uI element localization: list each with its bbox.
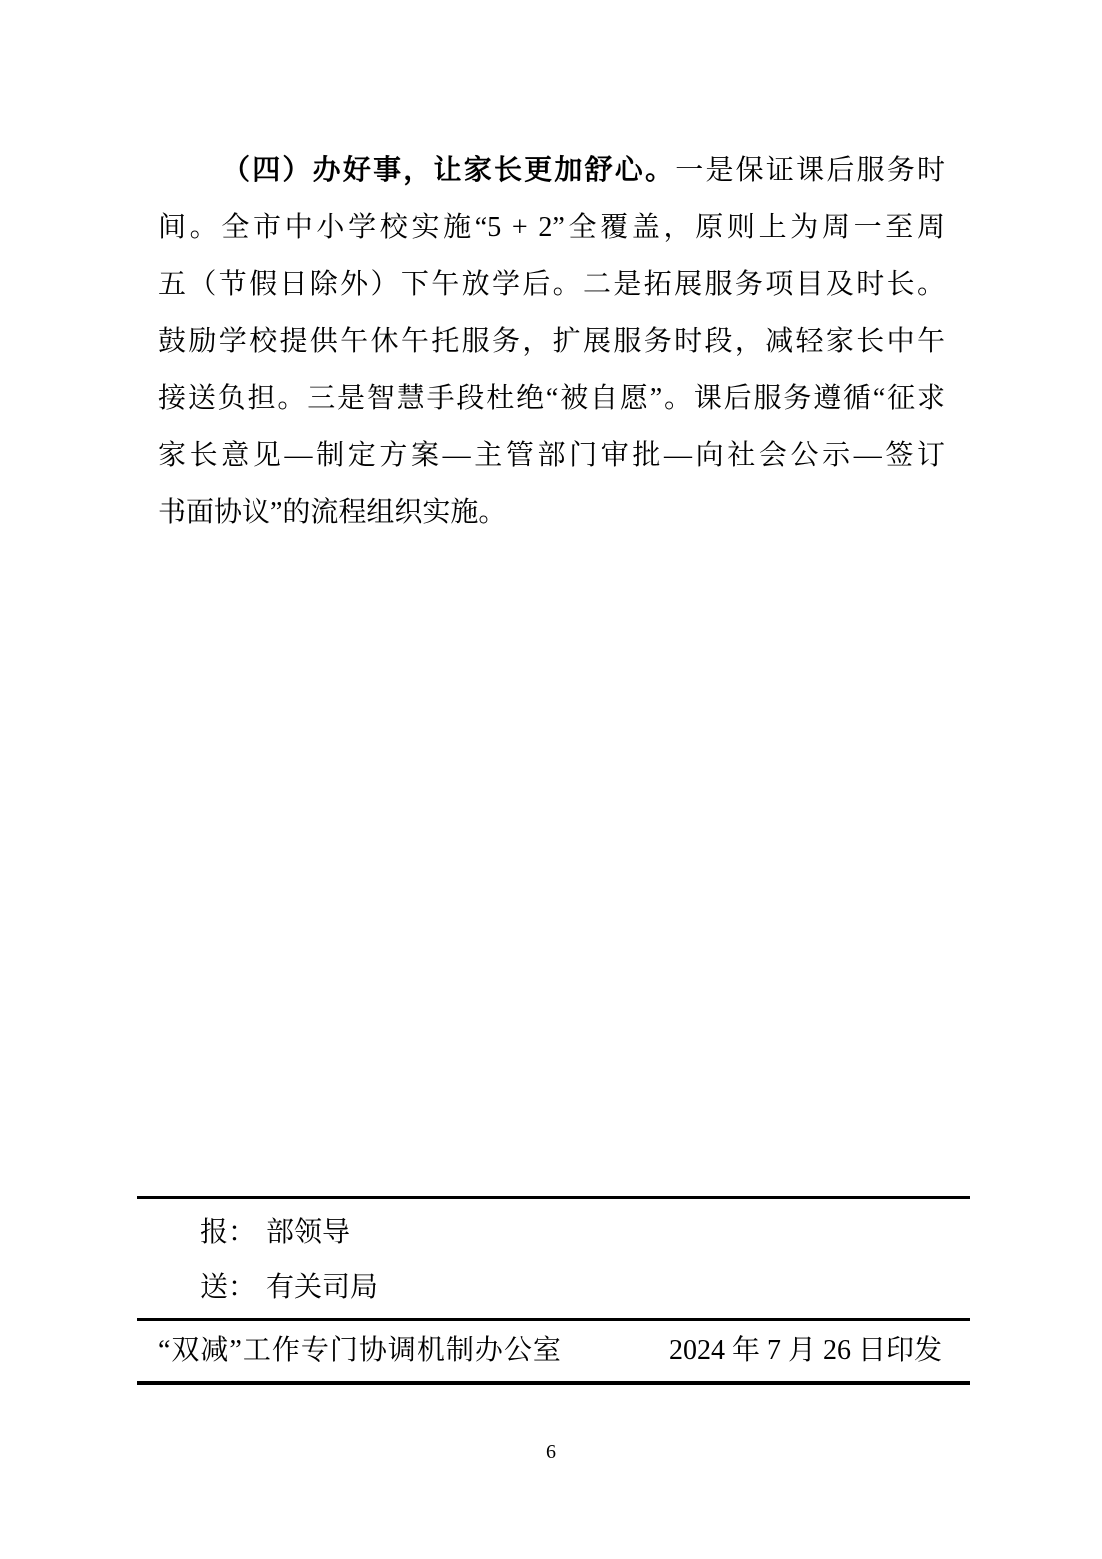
paragraph-line: 家长意见—制定方案—主管部门审批—向社会公示—签订	[158, 427, 945, 484]
document-page: （四）办好事，让家长更加舒心。一是保证课后服务时 间。全市中小学校实施“5 + …	[0, 0, 1102, 1559]
footer-top-rule	[137, 1196, 970, 1199]
imprint-row: “双减”工作专门协调机制办公室 2024 年 7 月 26 日印发	[158, 1330, 942, 1372]
send-value: 有关司局	[266, 1272, 378, 1303]
paragraph-line: 书面协议”的流程组织实施。	[158, 484, 945, 541]
footer-bottom-rule	[137, 1381, 970, 1385]
page-number: 6	[0, 1440, 1102, 1464]
report-to-row: 报：部领导	[200, 1216, 945, 1250]
body-paragraph: （四）办好事，让家长更加舒心。一是保证课后服务时 间。全市中小学校实施“5 + …	[158, 142, 945, 541]
issuer-name: “双减”工作专门协调机制办公室	[158, 1330, 562, 1372]
paragraph-first-line: （四）办好事，让家长更加舒心。一是保证课后服务时	[158, 142, 945, 199]
paragraph-heading-bold: （四）办好事，让家长更加舒心。	[222, 155, 675, 186]
print-date: 2024 年 7 月 26 日印发	[669, 1330, 942, 1372]
paragraph-line: 间。全市中小学校实施“5 + 2”全覆盖，原则上为周一至周	[158, 199, 945, 256]
send-label: 送：	[200, 1272, 256, 1303]
paragraph-lines: 间。全市中小学校实施“5 + 2”全覆盖，原则上为周一至周五（节假日除外）下午放…	[158, 199, 945, 541]
paragraph-line: 五（节假日除外）下午放学后。二是拓展服务项目及时长。	[158, 256, 945, 313]
footer-middle-rule	[137, 1318, 970, 1321]
report-value: 部领导	[266, 1217, 350, 1248]
report-label: 报：	[200, 1217, 256, 1248]
send-to-row: 送：有关司局	[200, 1271, 945, 1305]
paragraph-line: 接送负担。三是智慧手段杜绝“被自愿”。课后服务遵循“征求	[158, 370, 945, 427]
paragraph-line: 鼓励学校提供午休午托服务，扩展服务时段，减轻家长中午	[158, 313, 945, 370]
paragraph-first-line-text: 一是保证课后服务时	[675, 155, 945, 186]
